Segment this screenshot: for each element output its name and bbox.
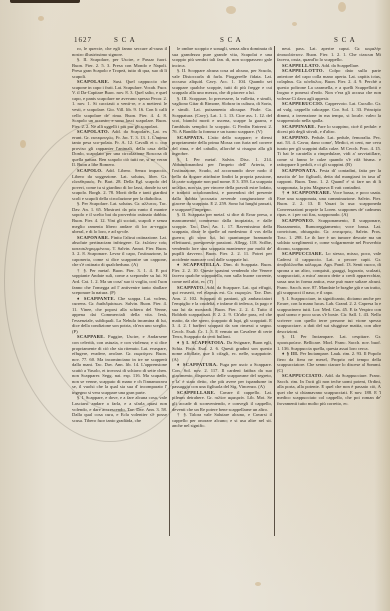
entry-headword: † ♦ SCAPPONEARE. <box>282 190 331 195</box>
entry-text: §. I. Scappucciare, in significanto, dic… <box>277 296 381 334</box>
foxing-stain <box>20 140 26 148</box>
dictionary-entry: † §. Per metaf. Buon. Fier. 3. 1. 4. E p… <box>72 268 167 296</box>
dictionary-entry: SCAPPONATA. Festa di' contadini, fatta p… <box>277 168 381 190</box>
entry-headword: SCAPPELLARE. <box>177 390 215 395</box>
dictionary-entry: SCAPPINO. Pedule. Lat. pedule, femoralia… <box>277 135 381 168</box>
entry-text: Pedule. Lat. pedule, femoralia. Pec. nat… <box>277 135 381 168</box>
column-rule <box>274 46 275 536</box>
foxing-stain <box>226 6 236 14</box>
dictionary-entry: SCAPPATO. Add. da Scappare. Lat. qui eff… <box>172 285 272 340</box>
text-column-3: neut. pass. Lat. aperire caput. Gr. κεφα… <box>277 46 381 537</box>
entry-text: Add. da Scappellare. <box>321 63 359 68</box>
entry-headword: SCAPPUCCIATO. <box>282 373 323 378</box>
entry-text: Sust. Quel cappuccio che scapone in capo… <box>72 79 167 128</box>
dictionary-entry: §. I. Scappucciare, in significanto, dic… <box>277 296 381 335</box>
dictionary-entry: SCAPPINARE. Fare lo scappino, cioè il pe… <box>277 124 381 135</box>
scanned-page: 1627 S C A S C A S C A ro, le quercie, c… <box>0 0 390 611</box>
dictionary-entry: §. II. Per Inciampare. Lat. cespitare. G… <box>277 334 381 351</box>
dictionary-entry: SCAPONARE. Finito l'altrui ostinazione. … <box>72 235 167 268</box>
dictionary-entry: SCAPPELLARE. Cavare il cappello. Lat. pi… <box>172 390 272 412</box>
page-edge-shadow <box>10 0 80 3</box>
foxing-stain <box>292 22 297 26</box>
text-column-2: le ombre scoppio e sonagli, senza altra … <box>172 46 272 536</box>
running-header: 1627 S C A S C A S C A <box>72 36 387 46</box>
page-number: 1627 <box>74 36 92 44</box>
entry-text: §. I. Per metaf. Salvin. Disc. 1. 214. A… <box>172 157 272 212</box>
entry-text: §. II. Scapolare, per Uscire, e Passar f… <box>72 57 167 79</box>
entry-text: Colpo dato sulla parte anteriore del cap… <box>277 68 381 101</box>
entry-headword: SCAPPONATA. <box>282 168 317 173</box>
running-head-center: S C A <box>220 36 242 44</box>
dictionary-entry: §. II. Scapolare, per Uscire, e Passar f… <box>72 57 167 79</box>
dictionary-entry: ro, le quercie, che egli fanno seccare a… <box>72 46 167 57</box>
dictionary-entry: ♦ SCAPPATURA. Fuga per uscir a Scappare.… <box>172 362 272 390</box>
entry-text: §. I. Scappare, e dove, e a fare alcuna … <box>72 395 167 422</box>
entry-text: §. II. Scappata per metaf. si dice di Er… <box>172 212 272 261</box>
dictionary-entry: §. I. Scappare, e dove, e a fare alcuna … <box>72 395 167 423</box>
entry-headword: ♦ SCAPPATELLA. <box>177 262 221 267</box>
dictionary-entry: SCAPPUCCIARE. Lo stesso, misso, poco, va… <box>277 251 381 295</box>
dictionary-entry: SCAPOLATO. Add. da Scapolare. Lat. ex er… <box>72 129 167 168</box>
dictionary-entry: §. I. Per metaf. Salvin. Disc. 1. 214. A… <box>172 157 272 212</box>
dictionary-entry: le ombre scoppio e sonagli, senza altra … <box>172 46 272 68</box>
entry-headword: SCAPPATA. <box>177 135 204 140</box>
entry-headword: SCAPPUCCIARE. <box>282 251 323 256</box>
entry-headword: SCAPOLO. <box>77 168 103 173</box>
dictionary-entry: SCAPPATA. L'atto dello scappare; e diens… <box>172 135 272 157</box>
dictionary-entry: §. Per Scapolare. Lat. solutus. Gr. αλλυ… <box>72 201 167 234</box>
entry-headword: ♦ § I. SCAPPATOIA. <box>177 340 225 345</box>
entry-headword: ♦ § III. <box>282 351 299 356</box>
dictionary-entry: §. II. Scappata per metaf. si dice di Er… <box>172 212 272 262</box>
dictionary-entry: SCAPPUCCIATO. Add. da Scappucciare. Fran… <box>277 373 381 406</box>
entry-headword: SCAPPONEO. <box>282 218 314 223</box>
entry-text: le ombre scoppio e sonagli, senza altra … <box>172 46 272 68</box>
entry-text: §. II. Per Inciampare. Lat. cespitare. G… <box>277 334 381 350</box>
dictionary-entry: §. III. Scoppare, lo precessere, la vall… <box>172 96 272 135</box>
entry-text: ro, le quercie, che egli fanno seccare a… <box>72 46 167 57</box>
entry-text: Scapponamento, Il scapponare, Ruzzamento… <box>277 218 381 251</box>
dictionary-entry: † §. Talora vale Salutare alcuno, e Cava… <box>172 412 272 429</box>
entry-headword: ♦ SCAPPATURA. <box>177 362 218 367</box>
entry-headword: SCAPPERUCCIO. <box>282 101 324 106</box>
entry-text: neut. pass. Lat. aperire caput. Gr. κεφα… <box>277 46 381 62</box>
entry-headword: SCAPPATO. <box>177 285 205 290</box>
entry-headword: SCAPPARE. <box>77 334 105 339</box>
foxing-stain <box>38 16 44 21</box>
dictionary-entry: ♦ § I. SCAPPATOIA. Da Svignare, Buon egl… <box>172 340 272 362</box>
dictionary-entry: ♦ § III. Per Inciampare. Lauk. rim. 2. 9… <box>277 351 381 373</box>
running-head-right: S C A <box>334 36 356 44</box>
entry-text: Add. da Scapolare. Lat. ex erunt. Gr. εκ… <box>72 129 167 167</box>
dictionary-entry: † ♦ SCAPPONEARE. Voce bassa, e poco usat… <box>277 190 381 218</box>
entry-headword: SCAPPINO. <box>282 135 309 140</box>
entry-headword: SCAPPELLATO. <box>282 63 320 68</box>
entry-text: Add. da Scappucciare. Franc. Sacch. rim.… <box>277 373 381 406</box>
dictionary-entry: SCAPOLARE. Sust. Quel cappuccio che scap… <box>72 79 167 129</box>
entry-text: Che scappa. Lat. volens, currens. Gr. δι… <box>72 296 167 334</box>
entry-text: Fuggire, Uscire, e Andarsene con celerit… <box>72 334 167 394</box>
foxing-stain <box>255 582 261 586</box>
dictionary-entry: SCAPPARE. Fuggire, Uscire, e Andarsene c… <box>72 334 167 395</box>
dictionary-entry: SCAPPONEO. Scapponamento, Il scapponare,… <box>277 218 381 251</box>
foxing-stain <box>338 2 346 12</box>
dictionary-entry: neut. pass. Lat. aperire caput. Gr. κεφα… <box>277 46 381 63</box>
entry-headword: SCAPPINARE. <box>282 124 316 129</box>
entry-headword: SCAPOLARE. <box>77 79 109 84</box>
entry-headword: SCAPPELLOTTO. <box>282 68 324 73</box>
entry-text: Add. da Scappare. Lat. qui effugit, qui … <box>172 285 272 340</box>
entry-headword: SCAPONARE. <box>77 235 110 240</box>
entry-text: Finito l'altrui ostinazione. Lat. absolu… <box>72 235 167 268</box>
dictionary-entry: SCAPPELLOTTO. Colpo dato sulla parte ant… <box>277 68 381 101</box>
running-head-left: S C A <box>114 36 136 44</box>
entry-text: §. II. Scoppare alcuna cosa ad alcuno, p… <box>172 68 272 95</box>
entry-text: Lo stesso, misso, poco, vale Cadersi il … <box>277 251 381 295</box>
dictionary-entry: §. II. Scoppare alcuna cosa ad alcuno, p… <box>172 68 272 96</box>
entry-text: † §. Per metaf. Buon. Fier. 3. 1. 4. E p… <box>72 268 167 295</box>
dictionary-entry: ♦ SCAPPATELLA. Dim. di Scappata. Buon. F… <box>172 262 272 284</box>
entry-text: §. Per Scapolare. Lat. solutus. Gr. αλλυ… <box>72 201 167 234</box>
dictionary-entry: ♦ SCAPPANTE. Che scappa. Lat. volens, cu… <box>72 296 167 335</box>
dictionary-entry: SCAPOLO. Add. Libero. Senza impaccio. Li… <box>72 168 167 201</box>
column-rule <box>169 46 170 536</box>
entry-text: † §. Talora vale Salutare alcuno, e Cava… <box>172 412 272 428</box>
entry-headword: SCAPOLATO. <box>77 129 109 134</box>
text-column-1: ro, le quercie, che egli fanno seccare a… <box>72 46 167 532</box>
entry-text: §. III. Scoppare, lo precessere, la vall… <box>172 96 272 134</box>
entry-text: Add. Libero. Senza impaccio. Libero da s… <box>72 168 167 201</box>
entry-headword: ♦ SCAPPANTE. <box>77 296 115 301</box>
dictionary-entry: SCAPPERUCCIO. Cappervoio. Lat. Cucullo. … <box>277 101 381 123</box>
